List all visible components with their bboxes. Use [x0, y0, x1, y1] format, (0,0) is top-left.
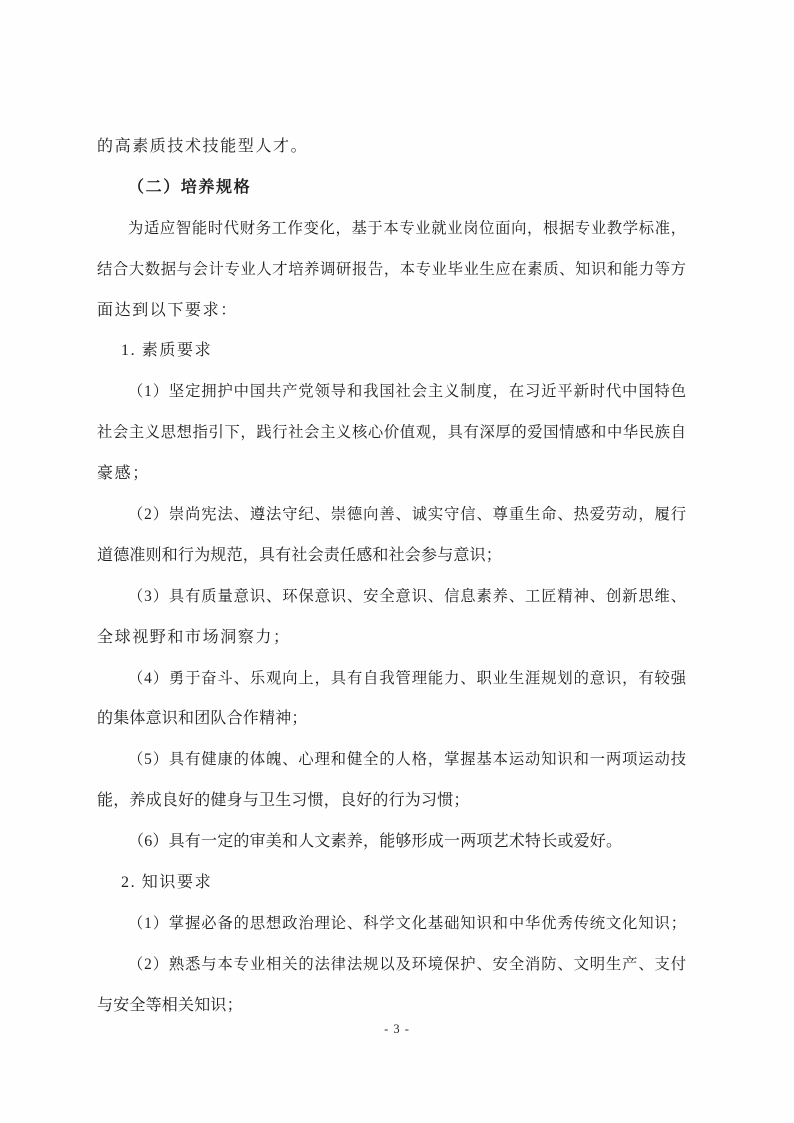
paragraph-line: （2）崇尚宪法、遵法守纪、崇德向善、诚实守信、尊重生命、热爱劳动，履行: [97, 495, 686, 536]
paragraph-line: 社会主义思想指引下，践行社会主义核心价值观，具有深厚的爱国情感和中华民族自: [97, 413, 686, 454]
paragraph-line: （1）坚定拥护中国共产党领导和我国社会主义制度，在习近平新时代中国特色: [97, 372, 686, 413]
paragraph-line: （1）掌握必备的思想政治理论、科学文化基础知识和中华优秀传统文化知识；: [97, 904, 686, 945]
paragraph-line: （6）具有一定的审美和人文素养，能够形成一两项艺术特长或爱好。: [97, 822, 686, 863]
paragraph-line: 结合大数据与会计专业人才培养调研报告，本专业毕业生应在素质、知识和能力等方: [97, 250, 686, 291]
paragraph-line: 的集体意识和团队合作精神；: [97, 699, 686, 740]
document-page: 的高素质技术技能型人才。 （二）培养规格 为适应智能时代财务工作变化，基于本专业…: [0, 0, 794, 1123]
subsection-heading: 2. 知识要求: [97, 863, 686, 904]
paragraph-line: 全球视野和市场洞察力；: [97, 618, 686, 659]
paragraph-line: （3）具有质量意识、环保意识、安全意识、信息素养、工匠精神、创新思维、: [97, 577, 686, 618]
section-heading: （二）培养规格: [97, 168, 686, 209]
paragraph-line: 能，养成良好的健身与卫生习惯，良好的行为习惯；: [97, 781, 686, 822]
paragraph-line: 与安全等相关知识；: [97, 986, 686, 1027]
page-number: - 3 -: [0, 1022, 794, 1037]
paragraph-line: 的高素质技术技能型人才。: [97, 127, 686, 168]
paragraph-line: 面达到以下要求：: [97, 291, 686, 332]
paragraph-line: （2）熟悉与本专业相关的法律法规以及环境保护、安全消防、文明生产、支付: [97, 945, 686, 986]
subsection-heading: 1. 素质要求: [97, 331, 686, 372]
paragraph-line: （5）具有健康的体魄、心理和健全的人格，掌握基本运动知识和一两项运动技: [97, 740, 686, 781]
paragraph-line: 道德准则和行为规范，具有社会责任感和社会参与意识；: [97, 536, 686, 577]
paragraph-line: 为适应智能时代财务工作变化，基于本专业就业岗位面向，根据专业教学标准，: [97, 209, 686, 250]
paragraph-line: （4）勇于奋斗、乐观向上，具有自我管理能力、职业生涯规划的意识，有较强: [97, 659, 686, 700]
document-body: 的高素质技术技能型人才。 （二）培养规格 为适应智能时代财务工作变化，基于本专业…: [97, 127, 686, 1027]
paragraph-line: 豪感；: [97, 454, 686, 495]
